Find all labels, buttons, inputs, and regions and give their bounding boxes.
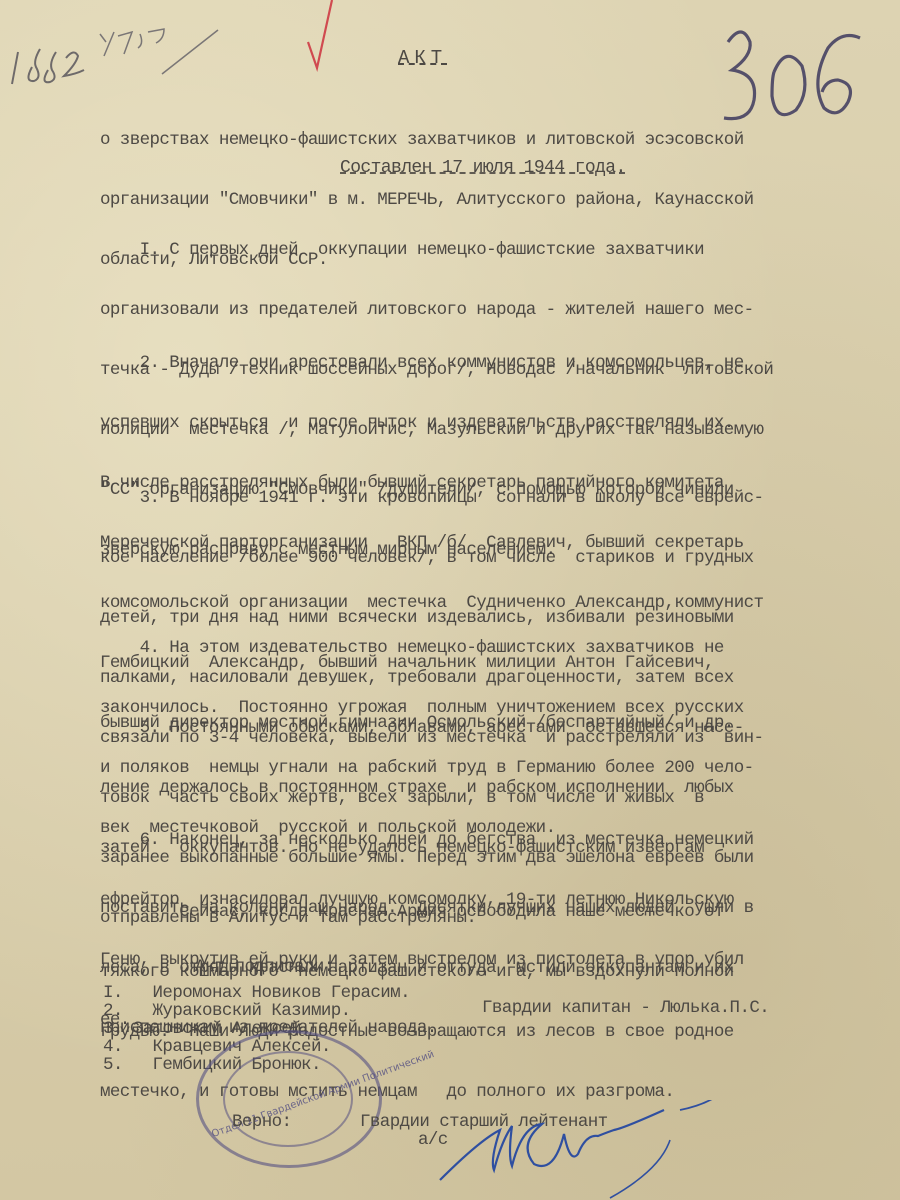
verified-label: Верно: [232, 1112, 291, 1132]
signature-icon [420, 1100, 720, 1200]
signatory-name: Жураковский Казимир. [153, 1001, 351, 1021]
checkmark-icon [300, 0, 340, 72]
archive-number-handwritten [4, 22, 224, 97]
paragraph-line: 6. Наконец, за несколько дней до бегства… [100, 830, 754, 850]
paragraph-line: кое население /более 900 человек/, в том… [100, 548, 763, 568]
signatory-2: 2. Жураковский Казимир. [103, 1001, 351, 1021]
official-stamp: Отдел 11 Гвардейской Армии Политический [196, 1030, 382, 1168]
signatory-number: I. [103, 983, 123, 1003]
paragraph-line: 3. В ноябре 1941 г. эти кровопийцы согна… [100, 488, 763, 508]
stamp-emblem [223, 1051, 353, 1147]
ink-signature [420, 1100, 720, 1200]
composed-date-line: Составлен 17 июля 1944 года. [340, 158, 626, 178]
document-title: АКТ [398, 48, 447, 68]
paragraph-line: 5. Постоянными обысками, облавами, арест… [100, 718, 754, 738]
signatory-name: Иеромонах Новиков Герасим. [153, 983, 410, 1003]
signatory-1: I. Иеромонах Новиков Герасим. [103, 983, 410, 1003]
paragraph-line: Сейчас, когда Красная Армия освободила н… [100, 902, 734, 922]
paragraph-line: I. С первых дней оккупации немецко-фашис… [100, 240, 773, 260]
paragraph-line: успевших скрыться и после пыток и издева… [100, 413, 763, 433]
paragraph-line: 2. Вначале они арестовали всех коммунист… [100, 353, 763, 373]
pencil-annotation-icon [4, 22, 224, 92]
signatory-number: 4. [103, 1037, 123, 1057]
signatory-number: 3. [103, 1019, 123, 1039]
archival-document-page: АКТ о зверствах немецко-фашистских захва… [0, 0, 900, 1200]
paragraph-line: 4. На этом издевательство немецко-фашист… [100, 638, 754, 658]
witness-captain: Гвардии капитан - Люлька.П.С. [482, 998, 769, 1018]
signatory-number: 2. [103, 1001, 123, 1021]
signatories-heading: Акт подписали: [195, 957, 334, 977]
signatory-number: 5. [103, 1055, 123, 1075]
subtitle-line: о зверствах немецко-фашистских захватчик… [100, 130, 754, 150]
red-checkmark [300, 0, 340, 77]
